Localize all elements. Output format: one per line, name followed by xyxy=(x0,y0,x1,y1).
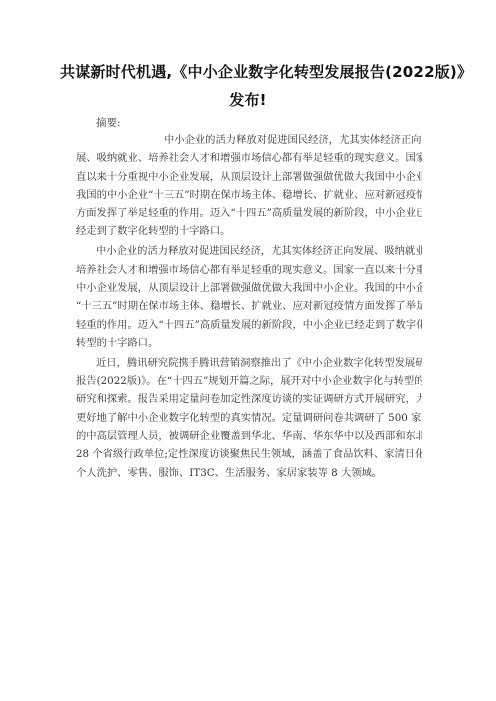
paragraph-2-line: 中小企业发展，从顶层设计上部署做强做优做大我国中小企业。我国的中小企业 xyxy=(76,282,422,295)
paragraph-3-line: 的中高层管理人员，被调研企业覆盖到华北、华南、华东华中以及西部和东北地 xyxy=(76,430,422,443)
paragraph-3-line: 个人洗护、零售、服饰、IT3C、生活服务、家居家装等 8 大领域。 xyxy=(76,467,422,480)
paragraph-2-line: 培养社会人才和增强市场信心都有举足轻重的现实意义。国家一直以来十分重视 xyxy=(76,264,422,277)
paragraph-1-line: 我国的中小企业“十三五”时期在保市场主体、稳增长、扩就业、应对新冠疫情 xyxy=(76,189,422,202)
paragraph-1-line: 中小企业的活力释放对促进国民经济，尤其实体经济正向发 xyxy=(164,134,422,147)
document-title: 共谋新时代机遇,《中小企业数字化转型发展报告(2022版)》 xyxy=(60,61,436,82)
paragraph-3-line: 更好地了解中小企业数字化转型的真实情况。定量调研问卷共调研了 500 家企业 xyxy=(76,412,422,425)
paragraph-1-line: 方面发挥了举足轻重的作用。迈入“十四五”高质量发展的新阶段，中小企业已 xyxy=(76,207,422,220)
paragraph-2-line: “十三五”时期在保市场主体、稳增长、扩就业、应对新冠疫情方面发挥了举足 xyxy=(76,300,422,313)
paragraph-3-line: 研究和探索。报告采用定量问卷加定性深度访谈的实证调研方式开展研究，力求 xyxy=(76,393,422,406)
paragraph-2-line: 转型的十字路口。 xyxy=(76,337,422,350)
abstract-label: 摘要: xyxy=(96,115,121,130)
paragraph-3-line: 28 个省级行政单位;定性深度访谈聚焦民生领域，涵盖了食品饮料、家清日化、 xyxy=(76,448,422,461)
document-title-continuation: 发布! xyxy=(60,89,436,110)
paragraph-1-line: 经走到了数字化转型的十字路口。 xyxy=(76,225,422,238)
paragraph-2-line: 轻重的作用。迈入“十四五”高质量发展的新阶段，中小企业已经走到了数字化 xyxy=(76,319,422,332)
document-page: 共谋新时代机遇,《中小企业数字化转型发展报告(2022版)》 发布! 摘要: 中… xyxy=(0,0,496,701)
paragraph-3-line: 报告(2022版)》。在“十四五”规划开篇之际，展开对中小企业数字化与转型的 xyxy=(76,375,422,388)
paragraph-2-line: 中小企业的活力释放对促进国民经济，尤其实体经济正向发展、吸纳就业、 xyxy=(96,245,422,258)
paragraph-1-line: 展、吸纳就业、培养社会人才和增强市场信心都有举足轻重的现实意义。国家一 xyxy=(76,152,422,165)
paragraph-3-line: 近日，腾讯研究院携手腾讯营销洞察推出了《中小企业数字化转型发展研究 xyxy=(96,357,422,370)
paragraph-1-line: 直以来十分重视中小企业发展，从顶层设计上部署做强做优做大我国中小企业。 xyxy=(76,171,422,184)
